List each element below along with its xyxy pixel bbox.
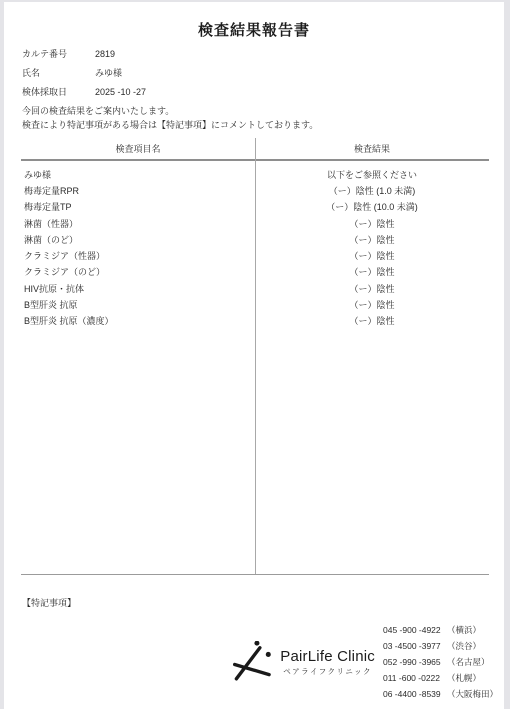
chart-number-value: 2819 [95, 45, 115, 64]
intro-line-2: 検査により特記事項がある場合は【特記事項】にコメントしております。 [22, 118, 504, 132]
phone-location: （名古屋） [447, 654, 490, 670]
row-result: （ー）陰性 [255, 217, 489, 230]
clinic-logo-icon [232, 641, 276, 683]
phone-number: 045 -900 -4922 [383, 622, 447, 638]
patient-name-value: みゆ様 [95, 64, 122, 83]
phone-location: （横浜） [447, 622, 481, 638]
row-name: 梅毒定量RPR [21, 184, 255, 197]
phone-location: （渋谷） [447, 638, 481, 654]
row-result: （ー）陰性 [255, 314, 489, 327]
page-title: 検査結果報告書 [4, 22, 504, 40]
row-result: （ー）陰性 [255, 265, 489, 278]
row-name: 淋菌（性器） [21, 217, 255, 230]
patient-name-label: 氏名 [22, 64, 95, 83]
intro-line-1: 今回の検査結果をご案内いたします。 [22, 104, 504, 118]
sample-date-label: 検体採取日 [22, 83, 95, 102]
patient-info: カルテ番号 2819 氏名 みゆ様 検体採取日 2025 -10 -27 [4, 45, 504, 102]
clinic-name: PairLife Clinic [280, 648, 375, 665]
row-name: みゆ様 [21, 168, 255, 181]
info-row-sample-date: 検体採取日 2025 -10 -27 [22, 83, 504, 102]
header-test-item: 検査項目名 [21, 142, 255, 155]
info-row-patient-name: 氏名 みゆ様 [22, 64, 504, 83]
row-name: クラミジア（性器） [21, 249, 255, 262]
row-result: （ー）陰性 [255, 298, 489, 311]
row-result: （ー）陰性 [255, 249, 489, 262]
clinic-name-japanese: ペアライフクリニック [280, 666, 375, 677]
phone-number: 06 -4400 -8539 [383, 686, 447, 702]
phone-line: 052 -990 -3965 （名古屋） [383, 654, 498, 670]
row-result: （ー）陰性 (1.0 未満) [255, 184, 489, 197]
row-result: （ー）陰性 [255, 233, 489, 246]
results-table: 検査項目名 検査結果 みゆ様 以下をご参照ください 梅毒定量RPR （ー）陰性 … [21, 138, 489, 575]
header-test-result: 検査結果 [255, 142, 489, 155]
row-name: 淋菌（のど） [21, 233, 255, 246]
row-name: B型肝炎 抗原（濃度） [21, 314, 255, 327]
row-result: 以下をご参照ください [255, 168, 489, 181]
report-page: 検査結果報告書 カルテ番号 2819 氏名 みゆ様 検体採取日 2025 -10… [4, 2, 504, 709]
phone-line: 011 -600 -0222 （札幌） [383, 670, 498, 686]
footer: PairLife Clinic ペアライフクリニック 045 -900 -492… [4, 622, 504, 702]
sample-date-value: 2025 -10 -27 [95, 83, 146, 102]
phone-line: 06 -4400 -8539 （大阪梅田） [383, 686, 498, 702]
phone-list: 045 -900 -4922 （横浜） 03 -4500 -3977 （渋谷） … [383, 622, 498, 702]
phone-location: （札幌） [447, 670, 481, 686]
clinic-logo: PairLife Clinic ペアライフクリニック [232, 641, 375, 683]
row-result: （ー）陰性 [255, 282, 489, 295]
info-row-chart-number: カルテ番号 2819 [22, 45, 504, 64]
table-column-divider [255, 138, 256, 574]
phone-location: （大阪梅田） [447, 686, 498, 702]
phone-number: 011 -600 -0222 [383, 670, 447, 686]
row-name: HIV抗原・抗体 [21, 282, 255, 295]
row-name: 梅毒定量TP [21, 200, 255, 213]
phone-number: 03 -4500 -3977 [383, 638, 447, 654]
intro-text: 今回の検査結果をご案内いたします。 検査により特記事項がある場合は【特記事項】に… [4, 104, 504, 132]
row-result: （ー）陰性 (10.0 未満) [255, 200, 489, 213]
phone-number: 052 -990 -3965 [383, 654, 447, 670]
row-name: B型肝炎 抗原 [21, 298, 255, 311]
phone-line: 045 -900 -4922 （横浜） [383, 622, 498, 638]
chart-number-label: カルテ番号 [22, 45, 95, 64]
special-notes-label: 【特記事項】 [4, 596, 504, 609]
row-name: クラミジア（のど） [21, 265, 255, 278]
clinic-logo-text: PairLife Clinic ペアライフクリニック [280, 648, 375, 677]
phone-line: 03 -4500 -3977 （渋谷） [383, 638, 498, 654]
